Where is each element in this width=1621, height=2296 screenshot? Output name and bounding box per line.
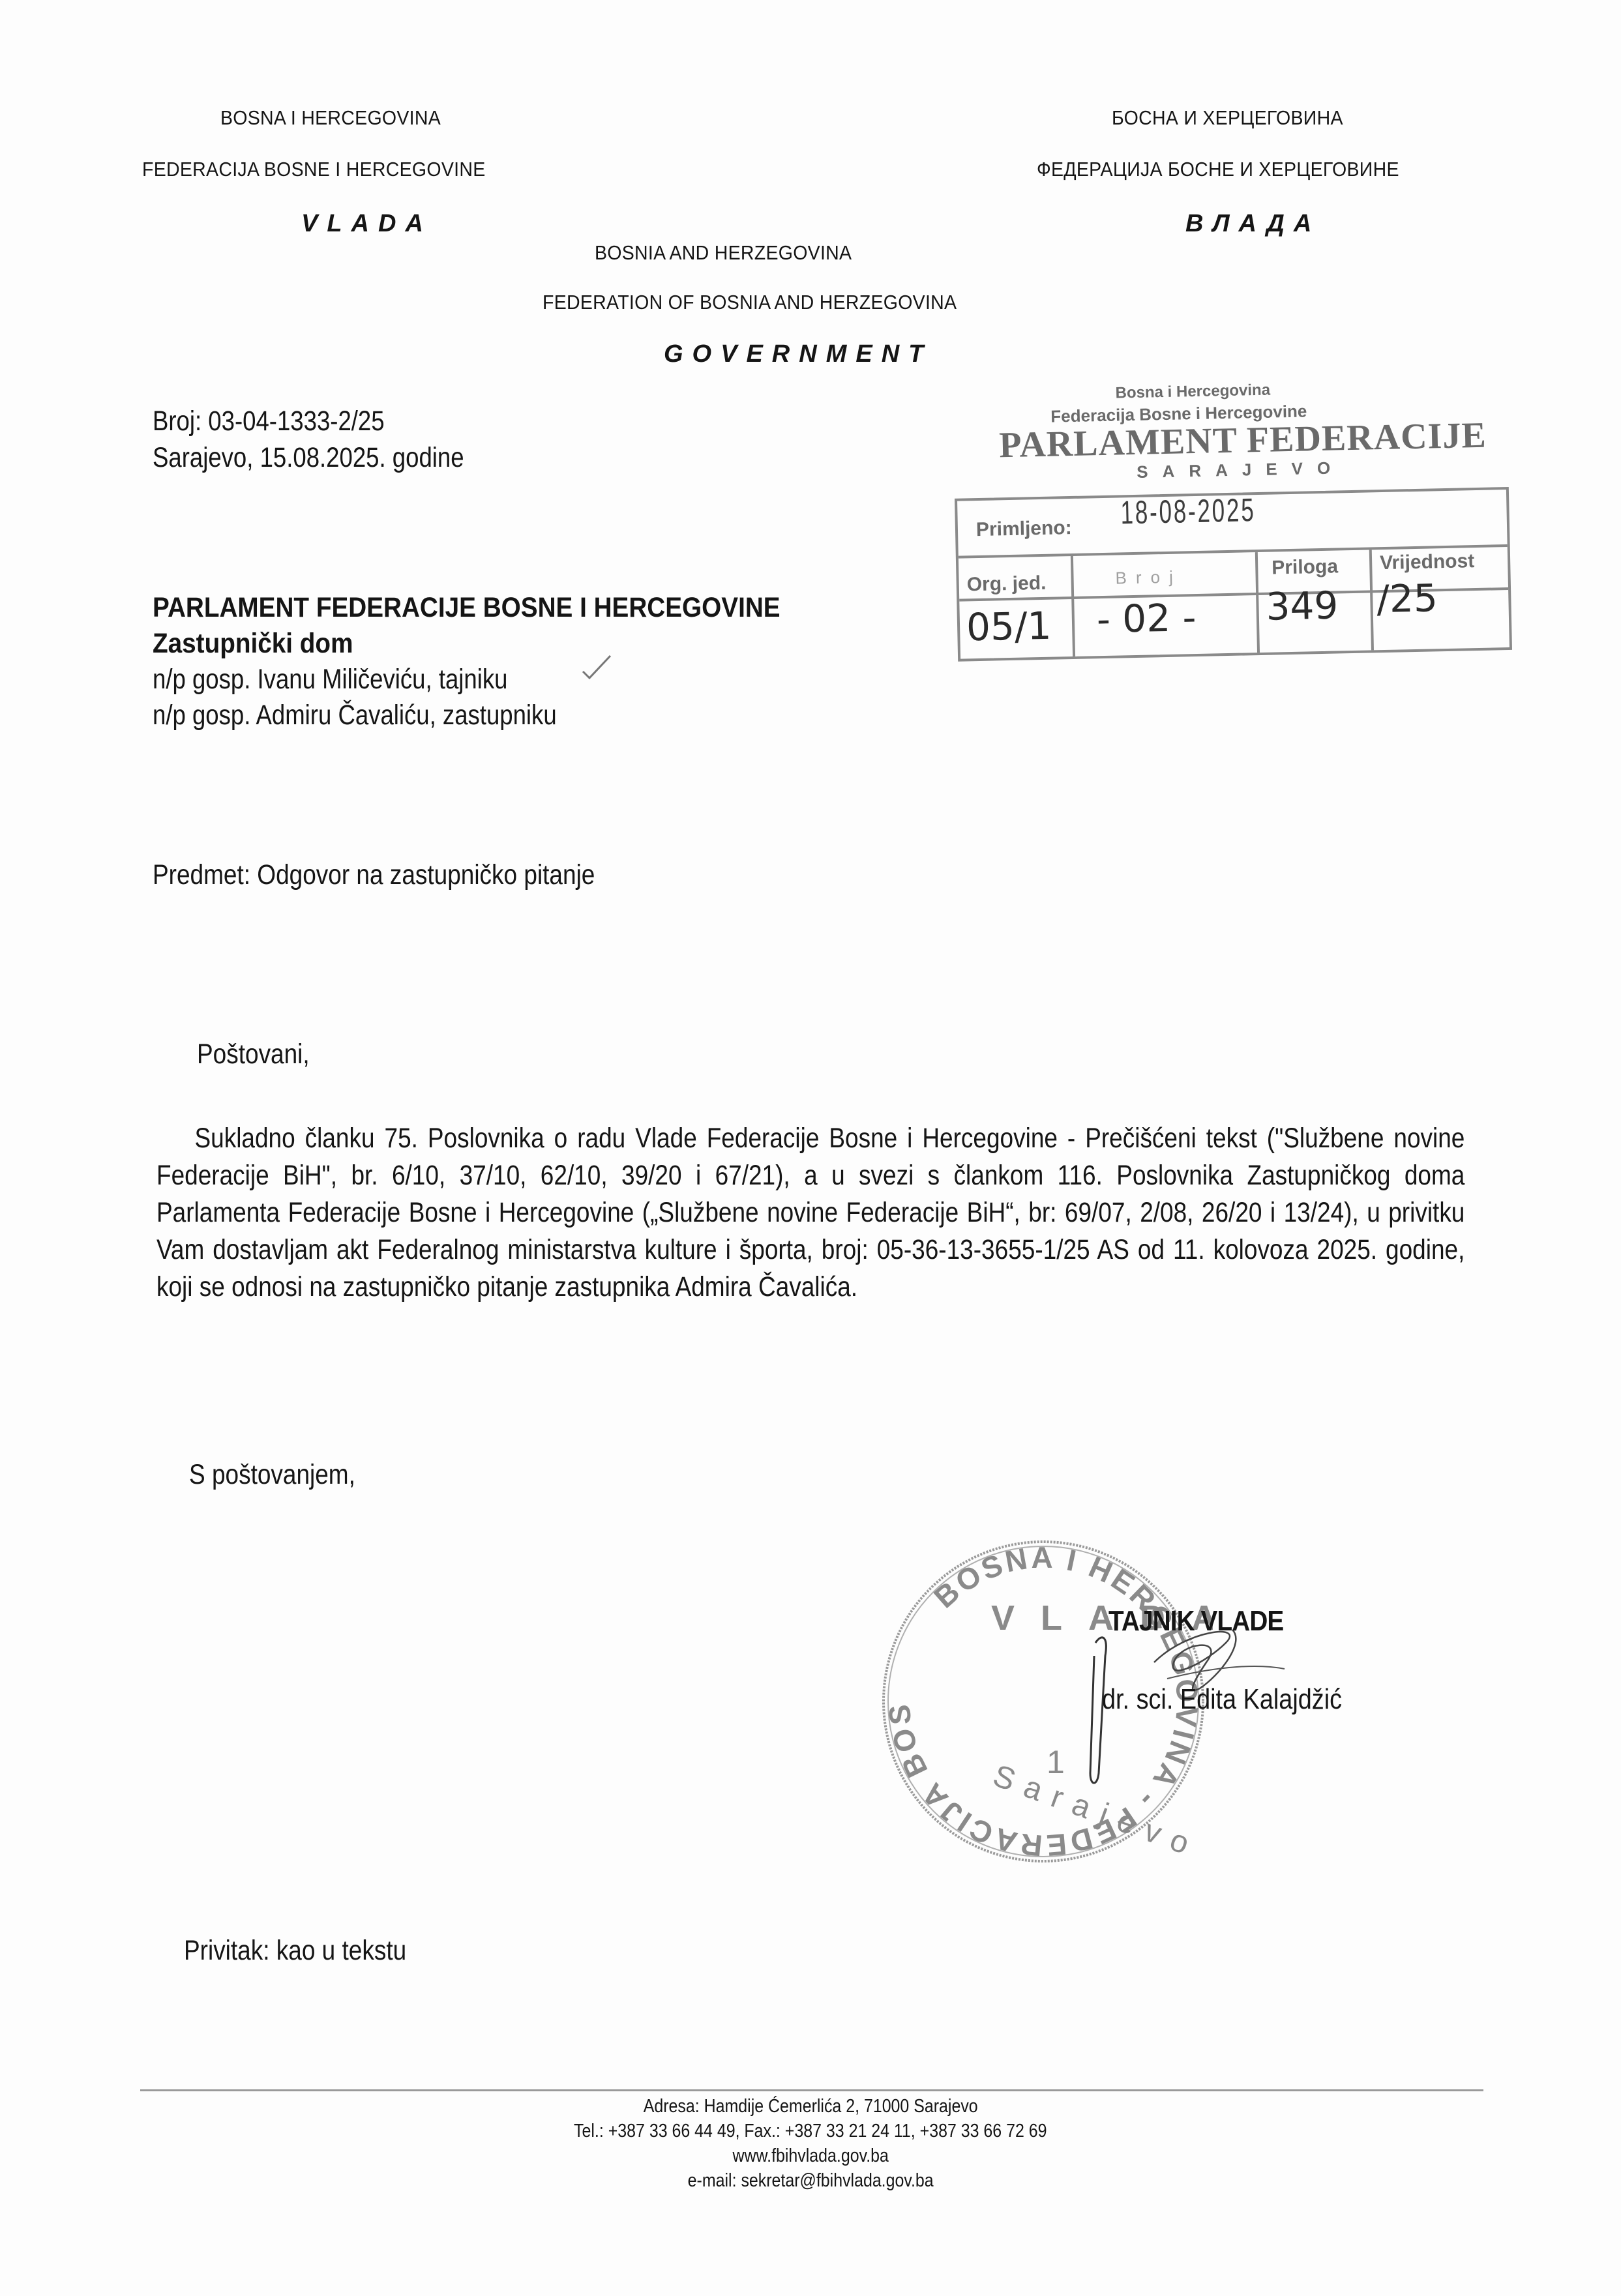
footer-website-link[interactable]: www.fbihvlada.gov.ba — [732, 2143, 888, 2168]
stamp-city: SARAJEVO — [1137, 458, 1345, 482]
recipient-attention-2: n/p gosp. Admiru Čavaliću, zastupniku — [153, 698, 745, 733]
body-text: Sukladno članku 75. Poslovnika o radu Vl… — [156, 1123, 1465, 1303]
subject-line: Predmet: Odgovor na zastupničko pitanje — [153, 859, 595, 891]
stamp-number-value: - 02 - — [1096, 595, 1197, 641]
stamp-col-org-unit: Org. jed. — [966, 572, 1046, 596]
document-number: Broj: 03-04-1333-2/25 — [153, 405, 385, 437]
stamp-value-value: /25 — [1376, 576, 1438, 621]
header-country-cyrillic: БОСНА И ХЕРЦЕГОВИНА — [1112, 106, 1343, 130]
stamp-col-attachments: Priloga — [1272, 555, 1338, 579]
signatory-name: dr. sci. Edita Kalajdžić — [1102, 1683, 1342, 1716]
stamp-country: Bosna i Hercegovina — [1115, 381, 1270, 403]
stamp-received-date: 18-08-2025 — [1120, 491, 1256, 531]
recipient-institution: PARLAMENT FEDERACIJE BOSNE I HERCEGOVINE — [153, 590, 781, 626]
header-entity-cyrillic: ФЕДЕРАЦИЈА БОСНЕ И ХЕРЦЕГОВИНЕ — [1037, 158, 1399, 181]
recipient-attention-1: n/p gosp. Ivanu Miličeviću, tajniku — [153, 662, 745, 698]
stamp-col-number: Broj — [1115, 567, 1182, 588]
footer-phones: Tel.: +387 33 66 44 49, Fax.: +387 33 21… — [574, 2119, 1047, 2143]
signatory-title: TAJNIK VLADE — [1108, 1605, 1283, 1638]
checkmark-icon — [580, 652, 613, 684]
stamp-attachments-value: 349 — [1266, 583, 1339, 628]
footer-address: Adresa: Hamdije Ćemerlića 2, 71000 Saraj… — [644, 2094, 978, 2119]
footer: Adresa: Hamdije Ćemerlića 2, 71000 Saraj… — [0, 2094, 1621, 2193]
stamp-col-value: Vrijednost — [1380, 550, 1475, 574]
closing: S poštovanjem, — [189, 1459, 355, 1491]
header-country-latin: BOSNA I HERCEGOVINA — [220, 106, 441, 130]
header-country-english: BOSNIA AND HERZEGOVINA — [595, 241, 852, 265]
footer-divider — [140, 2089, 1483, 2091]
place-and-date: Sarajevo, 15.08.2025. godine — [153, 442, 464, 474]
stamp-table: Primljeno: 18-08-2025 Org. jed. Broj Pri… — [955, 487, 1512, 662]
greeting: Poštovani, — [197, 1038, 310, 1070]
body-paragraph: Sukladno članku 75. Poslovnika o radu Vl… — [156, 1120, 1465, 1306]
header-body-cyrillic: ВЛАДА — [1185, 210, 1320, 238]
header-entity-english: FEDERATION OF BOSNIA AND HERZEGOVINA — [543, 291, 957, 314]
attachment-note: Privitak: kao u tekstu — [184, 1935, 406, 1967]
registry-stamp: Bosna i Hercegovina Federacija Bosne i H… — [945, 363, 1519, 675]
svg-text:1: 1 — [1047, 1744, 1065, 1780]
header-body-english: GOVERNMENT — [664, 340, 932, 368]
stamp-received-label: Primljeno: — [976, 517, 1072, 541]
recipient-house: Zastupnički dom — [153, 626, 781, 662]
recipient-block: PARLAMENT FEDERACIJE BOSNE I HERCEGOVINE… — [153, 590, 850, 733]
stamp-org-unit-value: 05/1 — [966, 604, 1052, 650]
footer-email-link[interactable]: e-mail: sekretar@fbihvlada.gov.ba — [688, 2168, 934, 2193]
header-entity-latin: FEDERACIJA BOSNE I HERCEGOVINE — [142, 158, 486, 181]
header-body-latin: VLADA — [301, 210, 432, 238]
